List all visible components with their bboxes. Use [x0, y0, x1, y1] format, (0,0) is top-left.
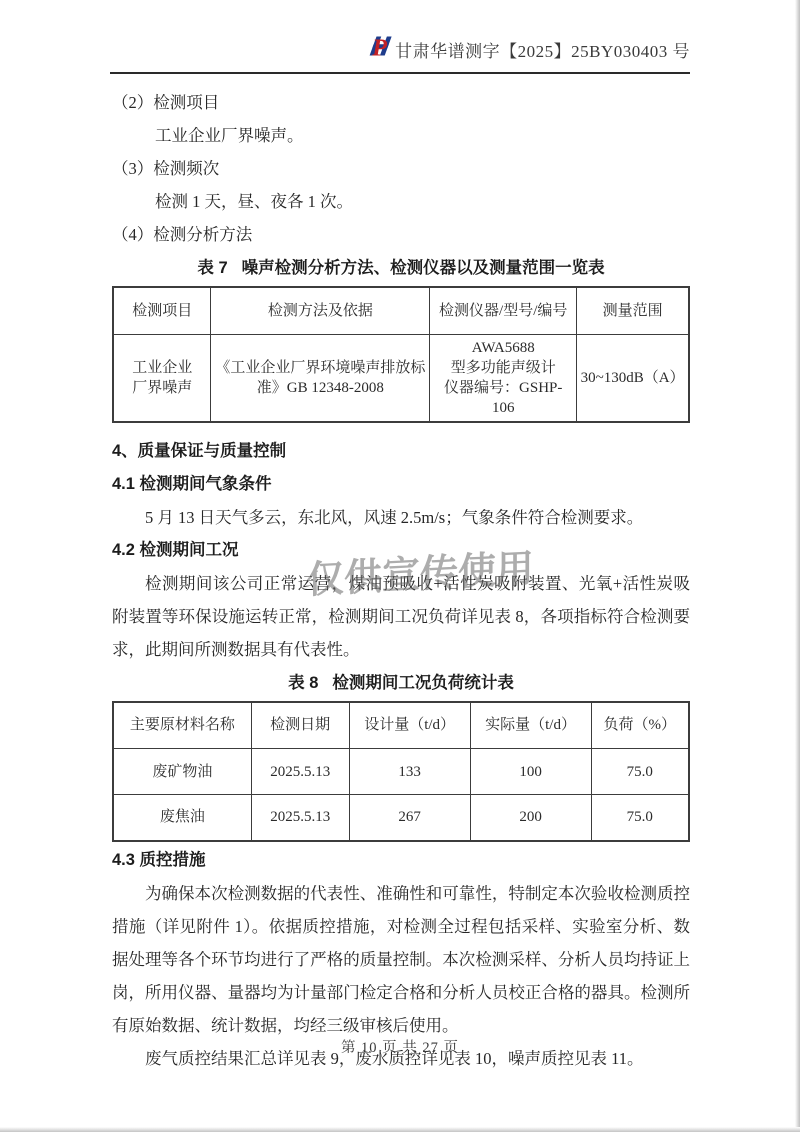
table7-cell-instrument-serial: 仪器编号：GSHP-106 [433, 378, 573, 418]
table8-col-design: 设计量（t/d） [349, 702, 470, 749]
list-item-3-label: （3）检测频次 [112, 152, 690, 185]
section-4-1-heading: 4.1 检测期间气象条件 [112, 468, 690, 501]
table7-cell-instrument: AWA5688 型多功能声级计 仪器编号：GSHP-106 [430, 334, 577, 422]
table8-cell-material: 废矿物油 [113, 749, 251, 795]
table7-data-row: 工业企业 厂界噪声 《工业企业厂界环境噪声排放标准》GB 12348-2008 … [113, 334, 689, 422]
page-number: 第 10 页 共 27 页 [0, 1036, 800, 1057]
table7-col-instrument: 检测仪器/型号/编号 [430, 287, 577, 334]
table8-title-number: 表 8 [288, 674, 318, 692]
table8-header-row: 主要原材料名称 检测日期 设计量（t/d） 实际量（t/d） 负荷（%） [113, 702, 689, 749]
huapu-hp-logo-icon: P [355, 33, 393, 64]
table8: 主要原材料名称 检测日期 设计量（t/d） 实际量（t/d） 负荷（%） 废矿物… [112, 701, 690, 842]
list-item-4-label: （4）检测分析方法 [112, 218, 690, 251]
list-item-3-body: 检测 1 天，昼、夜各 1 次。 [112, 185, 690, 218]
scan-edge-right [795, 0, 800, 1132]
table8-title-text: 检测期间工况负荷统计表 [332, 674, 514, 692]
section-4-2-paragraph: 检测期间该公司正常运营，煤油预吸收+活性炭吸附装置、光氧+活性炭吸附装置等环保设… [112, 567, 690, 666]
list-item-2-body: 工业企业厂界噪声。 [112, 119, 690, 152]
table8-cell-design: 267 [349, 795, 470, 841]
table8-cell-load: 75.0 [591, 795, 689, 841]
svg-text:P: P [371, 35, 387, 60]
list-item-2-label: （2）检测项目 [112, 86, 690, 119]
table7-col-range: 测量范围 [577, 287, 689, 334]
table8-col-load: 负荷（%） [591, 702, 689, 749]
table7-title-number: 表 7 [197, 259, 227, 277]
table8-cell-actual: 100 [470, 749, 591, 795]
table7-col-item: 检测项目 [113, 287, 211, 334]
section-4-1-paragraph: 5 月 13 日天气多云，东北风，风速 2.5m/s；气象条件符合检测要求。 [112, 501, 690, 534]
section-4-3-paragraph: 为确保本次检测数据的代表性、准确性和可靠性，特制定本次验收检测质控措施（详见附件… [112, 877, 690, 1042]
table7-title-text: 噪声检测分析方法、检测仪器以及测量范围一览表 [242, 259, 605, 277]
table7: 检测项目 检测方法及依据 检测仪器/型号/编号 测量范围 工业企业 厂界噪声 《… [112, 286, 690, 423]
document-number: 甘肃华谱测字【2025】25BY030403 号 [395, 42, 690, 61]
table8-cell-material: 废焦油 [113, 795, 251, 841]
scan-edge-bottom [0, 1127, 800, 1132]
table8-cell-design: 133 [349, 749, 470, 795]
page-header: P 甘肃华谱测字【2025】25BY030403 号 [110, 34, 690, 74]
table7-cell-item-line1: 工业企业 [117, 358, 207, 378]
table7-cell-instrument-type: 型多功能声级计 [433, 358, 573, 378]
table8-col-material: 主要原材料名称 [113, 702, 251, 749]
section-4-heading: 4、质量保证与质量控制 [112, 435, 690, 468]
table7-title: 表 7噪声检测分析方法、检测仪器以及测量范围一览表 [112, 255, 690, 281]
table8-row-waste-tar: 废焦油 2025.5.13 267 200 75.0 [113, 795, 689, 841]
table7-cell-item-line2: 厂界噪声 [117, 378, 207, 398]
table7-cell-instrument-model: AWA5688 [433, 338, 573, 358]
table8-cell-actual: 200 [470, 795, 591, 841]
table7-cell-method: 《工业企业厂界环境噪声排放标准》GB 12348-2008 [211, 334, 430, 422]
section-4-3-heading: 4.3 质控措施 [112, 844, 690, 877]
table8-cell-date: 2025.5.13 [251, 795, 349, 841]
table7-col-method: 检测方法及依据 [211, 287, 430, 334]
table8-cell-date: 2025.5.13 [251, 749, 349, 795]
section-4-2-heading: 4.2 检测期间工况 [112, 534, 690, 567]
table7-cell-item: 工业企业 厂界噪声 [113, 334, 211, 422]
document-page: P 甘肃华谱测字【2025】25BY030403 号 仅供宣传使用 （2）检测项… [0, 0, 800, 1132]
document-body: （2）检测项目 工业企业厂界噪声。 （3）检测频次 检测 1 天，昼、夜各 1 … [112, 86, 690, 1075]
table7-cell-range: 30~130dB（A） [577, 334, 689, 422]
table7-header-row: 检测项目 检测方法及依据 检测仪器/型号/编号 测量范围 [113, 287, 689, 334]
table8-title: 表 8检测期间工况负荷统计表 [112, 670, 690, 696]
table8-cell-load: 75.0 [591, 749, 689, 795]
table8-col-actual: 实际量（t/d） [470, 702, 591, 749]
table8-row-waste-mineral-oil: 废矿物油 2025.5.13 133 100 75.0 [113, 749, 689, 795]
table8-col-date: 检测日期 [251, 702, 349, 749]
